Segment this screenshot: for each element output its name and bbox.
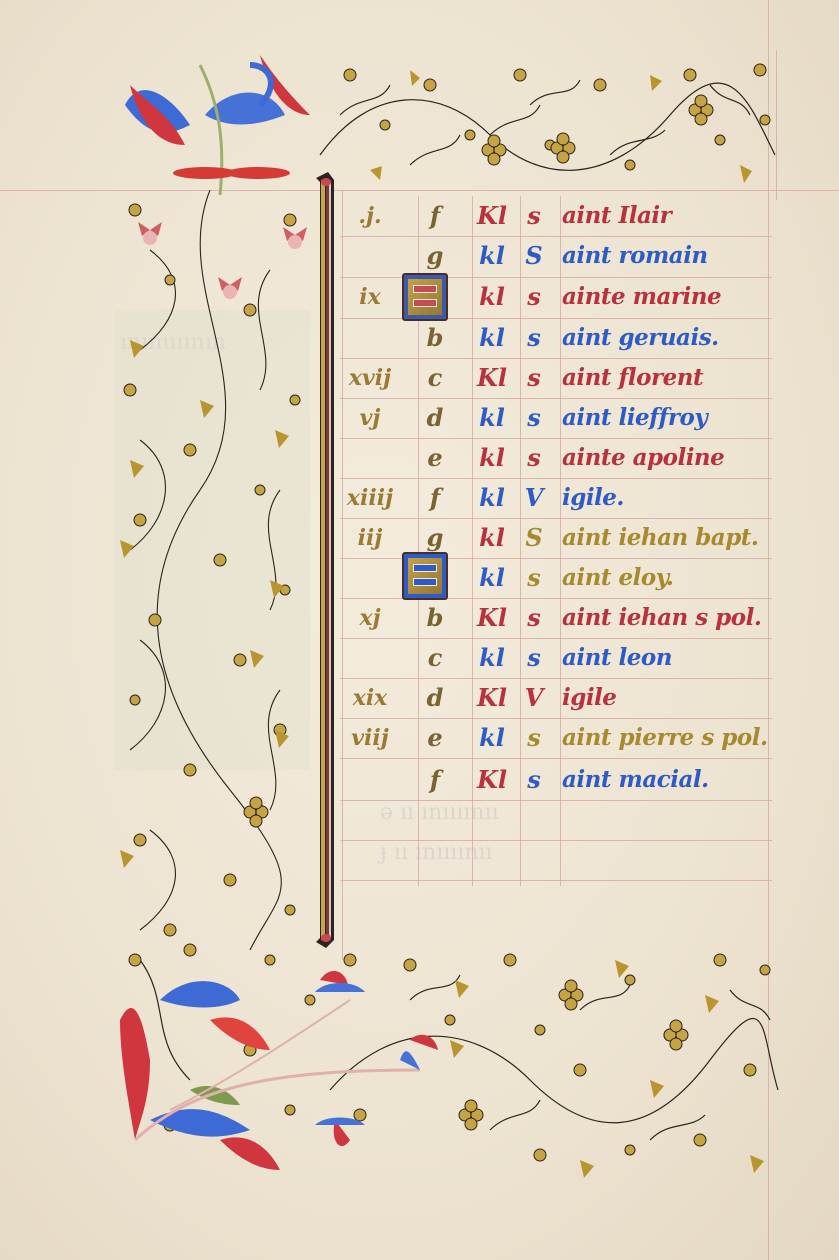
saint-name: aint geruais.: [562, 318, 772, 358]
show-through-text: ɟ ıı ınıııınıı: [380, 840, 493, 865]
saint-initial: S: [516, 236, 552, 276]
calendar-row: xj b Kl s aint iehan s pol.: [340, 598, 772, 638]
golden-number: xix: [340, 678, 400, 718]
calendar-row: xvij c Kl s aint florent: [340, 358, 772, 398]
saint-initial: s: [516, 438, 552, 478]
ruling-line: [340, 800, 772, 801]
kalends-mark: kl: [466, 236, 518, 276]
dominical-letter: f: [415, 760, 455, 800]
calendar-row: xiiij f kl V igile.: [340, 478, 772, 518]
ruling-line: [340, 840, 772, 841]
saint-name: aint eloy.: [562, 558, 772, 598]
saint-name: aint florent: [562, 358, 772, 398]
golden-number: [340, 558, 400, 598]
dominical-letter: c: [415, 638, 455, 678]
calendar-row: b kl s aint geruais.: [340, 318, 772, 358]
kalends-mark: kl: [466, 718, 518, 758]
calendar-row: viij e kl s aint pierre s pol.: [340, 718, 772, 758]
kalends-mark: kl: [466, 478, 518, 518]
dominical-letter: e: [415, 438, 455, 478]
saint-name: ainte apoline: [562, 438, 772, 478]
saint-name: ainte marine: [562, 277, 772, 317]
saint-name: igile: [562, 678, 772, 718]
decorated-initial-A: [402, 273, 448, 321]
dominical-letter: c: [415, 358, 455, 398]
saint-initial: s: [516, 718, 552, 758]
calendar-row: .j. f Kl s aint Ilair: [340, 196, 772, 236]
ruling-line: [340, 758, 772, 759]
calendar-row: vj d kl s aint lieffroy: [340, 398, 772, 438]
ruling-line: [776, 50, 777, 200]
calendar-row: f Kl s aint macial.: [340, 760, 772, 800]
calendar-row: e kl s ainte apoline: [340, 438, 772, 478]
dominical-letter: d: [415, 678, 455, 718]
dominical-letter: b: [415, 318, 455, 358]
decorated-initial-A: [402, 552, 448, 600]
kalends-mark: kl: [466, 318, 518, 358]
golden-number: viij: [340, 718, 400, 758]
dominical-letter: f: [415, 478, 455, 518]
dominical-letter: d: [415, 398, 455, 438]
kalends-mark: Kl: [466, 760, 518, 800]
calendar-row: g kl S aint romain: [340, 236, 772, 276]
kalends-mark: kl: [466, 277, 518, 317]
saint-name: aint leon: [562, 638, 772, 678]
dominical-letter: b: [415, 598, 455, 638]
saint-name: igile.: [562, 478, 772, 518]
saint-initial: s: [516, 558, 552, 598]
saint-initial: s: [516, 638, 552, 678]
golden-number: xvij: [340, 358, 400, 398]
golden-number: iij: [340, 518, 400, 558]
saint-initial: s: [516, 196, 552, 236]
saint-name: aint macial.: [562, 760, 772, 800]
dominical-letter: e: [415, 718, 455, 758]
golden-number: [340, 760, 400, 800]
golden-number: [340, 236, 400, 276]
kalends-mark: Kl: [466, 358, 518, 398]
left-border-decoration: [110, 190, 320, 950]
kalends-mark: kl: [466, 558, 518, 598]
show-through-text: ǝ ıı ınıııınıı: [380, 800, 499, 825]
saint-name: aint iehan s pol.: [562, 598, 772, 638]
kalends-mark: kl: [466, 438, 518, 478]
kalends-mark: Kl: [466, 196, 518, 236]
calendar-row: kl s aint eloy.: [340, 558, 772, 598]
ruling-line: [340, 880, 772, 881]
kalends-mark: Kl: [466, 598, 518, 638]
golden-number: ix: [340, 277, 400, 317]
golden-number: [340, 318, 400, 358]
golden-number: xj: [340, 598, 400, 638]
kalends-mark: kl: [466, 518, 518, 558]
saint-name: aint pierre s pol.: [562, 718, 772, 758]
kalends-mark: kl: [466, 398, 518, 438]
saint-name: aint iehan bapt.: [562, 518, 772, 558]
saint-initial: V: [516, 478, 552, 518]
golden-number: [340, 438, 400, 478]
calendar-row: ix kl s ainte marine: [340, 277, 772, 317]
kalends-mark: Kl: [466, 678, 518, 718]
top-border-decoration: [110, 45, 780, 195]
saint-name: aint Ilair: [562, 196, 772, 236]
saint-initial: s: [516, 760, 552, 800]
golden-number: vj: [340, 398, 400, 438]
golden-number: .j.: [340, 196, 400, 236]
golden-number: [340, 638, 400, 678]
dominical-letter: g: [415, 236, 455, 276]
saint-initial: s: [516, 318, 552, 358]
saint-initial: S: [516, 518, 552, 558]
calendar-row: xix d Kl V igile: [340, 678, 772, 718]
kalends-mark: kl: [466, 638, 518, 678]
calendar-row: c kl s aint leon: [340, 638, 772, 678]
saint-initial: s: [516, 398, 552, 438]
saint-initial: s: [516, 277, 552, 317]
saint-initial: V: [516, 678, 552, 718]
dominical-letter: f: [415, 196, 455, 236]
bottom-border-decoration: [110, 940, 780, 1190]
golden-number: xiiij: [340, 478, 400, 518]
saint-initial: s: [516, 358, 552, 398]
gold-bar-initial-frame: [312, 170, 338, 950]
saint-name: aint lieffroy: [562, 398, 772, 438]
saint-initial: s: [516, 598, 552, 638]
saint-name: aint romain: [562, 236, 772, 276]
manuscript-page: ınınuıının ǝ ıı ınıııınıı ɟ ıı ınıııınıı: [0, 0, 839, 1260]
